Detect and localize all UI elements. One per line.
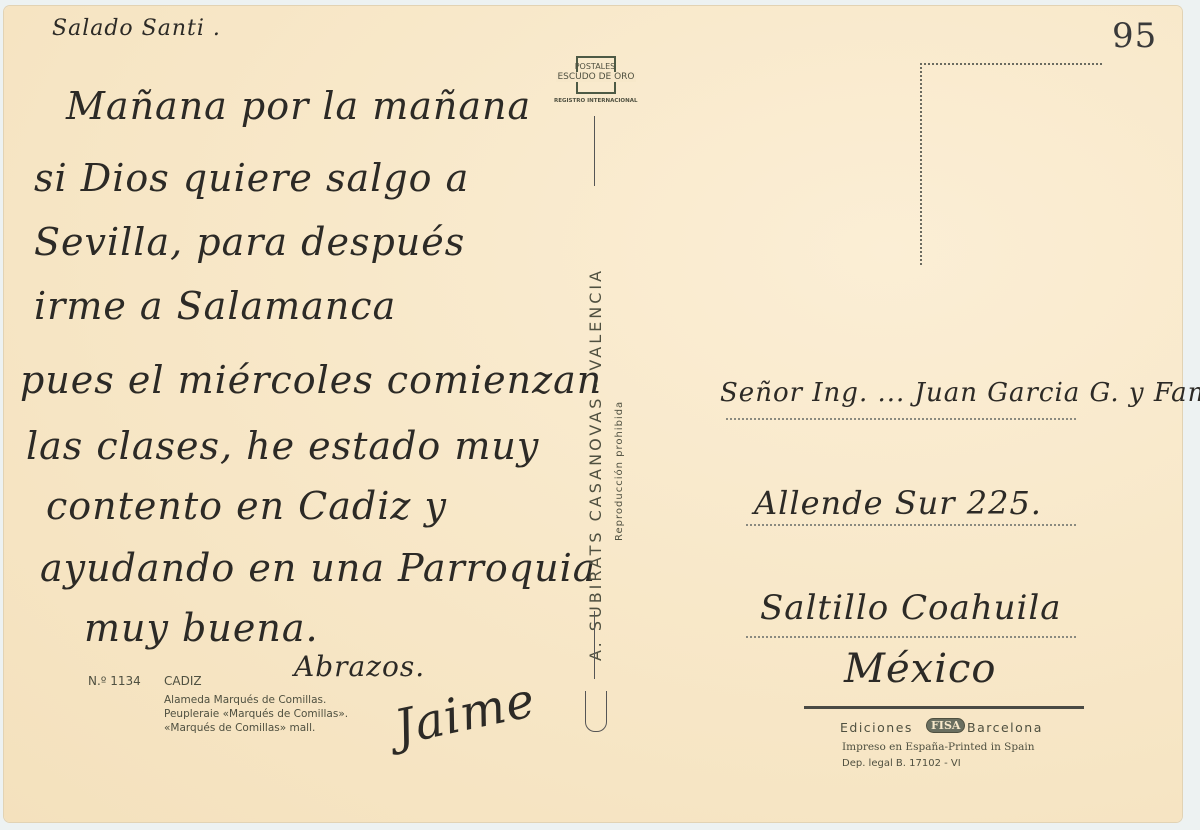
message-line: muy buena.	[84, 606, 319, 650]
address-dotline	[746, 636, 1076, 638]
caption-number: N.º 1134	[88, 674, 141, 688]
footer-legal: Dep. legal B. 17102 - VI	[842, 758, 961, 769]
vertical-imprint-sub: Reproducción prohibida	[614, 401, 625, 541]
closing: Abrazos.	[294, 650, 425, 683]
message-line: contento en Cadiz y	[46, 484, 447, 528]
caption-line: «Marqués de Comillas» mall.	[164, 722, 315, 734]
message-line: si Dios quiere salgo a	[34, 156, 469, 200]
message-line: pues el miércoles comienzan	[20, 358, 602, 402]
postcard-back: Salado Santi . 95 Mañana por la mañana s…	[4, 6, 1182, 822]
address-line: México	[844, 646, 996, 692]
message-line: Mañana por la mañana	[66, 84, 531, 128]
caption-line: Peupleraie «Marqués de Comillas».	[164, 708, 348, 720]
footer-rule	[804, 706, 1084, 709]
divider-bottom	[594, 611, 595, 679]
logo-bottom: REGISTRO INTERNACIONAL	[554, 98, 636, 104]
stamp-area	[920, 63, 1102, 265]
message-line: irme a Salamanca	[34, 284, 396, 328]
header-note: Salado Santi .	[52, 16, 221, 41]
address-dotline	[726, 418, 1076, 420]
address-line: Saltillo Coahuila	[760, 588, 1062, 628]
vertical-imprint: A. SUBIRATS CASANOVAS - VALENCIA	[586, 268, 605, 661]
message-line: las clases, he estado muy	[26, 424, 539, 468]
message-line: ayudando en una Parroquia	[40, 546, 596, 590]
footer-city: Barcelona	[967, 720, 1043, 735]
divider-top	[594, 116, 595, 186]
logo-middle: ESCUDO DE ORO	[556, 72, 636, 82]
fisa-logo-icon: FISA	[926, 718, 965, 733]
message-line: Sevilla, para después	[34, 220, 465, 264]
address-dotline	[746, 524, 1076, 526]
artist-monogram-icon	[585, 691, 607, 732]
address-line: Señor Ing. ... Juan Garcia G. y Fam.	[720, 378, 1200, 408]
catalog-number: 95	[1112, 16, 1157, 56]
signature: Jaime	[390, 672, 541, 756]
footer-ediciones: Ediciones	[840, 720, 913, 735]
address-line: Allende Sur 225.	[754, 484, 1042, 522]
footer-printed: Impreso en España-Printed in Spain	[842, 741, 1034, 753]
caption-line: Alameda Marqués de Comillas.	[164, 694, 326, 706]
logo-top: POSTALES	[570, 62, 620, 71]
caption-place: CADIZ	[164, 674, 202, 688]
